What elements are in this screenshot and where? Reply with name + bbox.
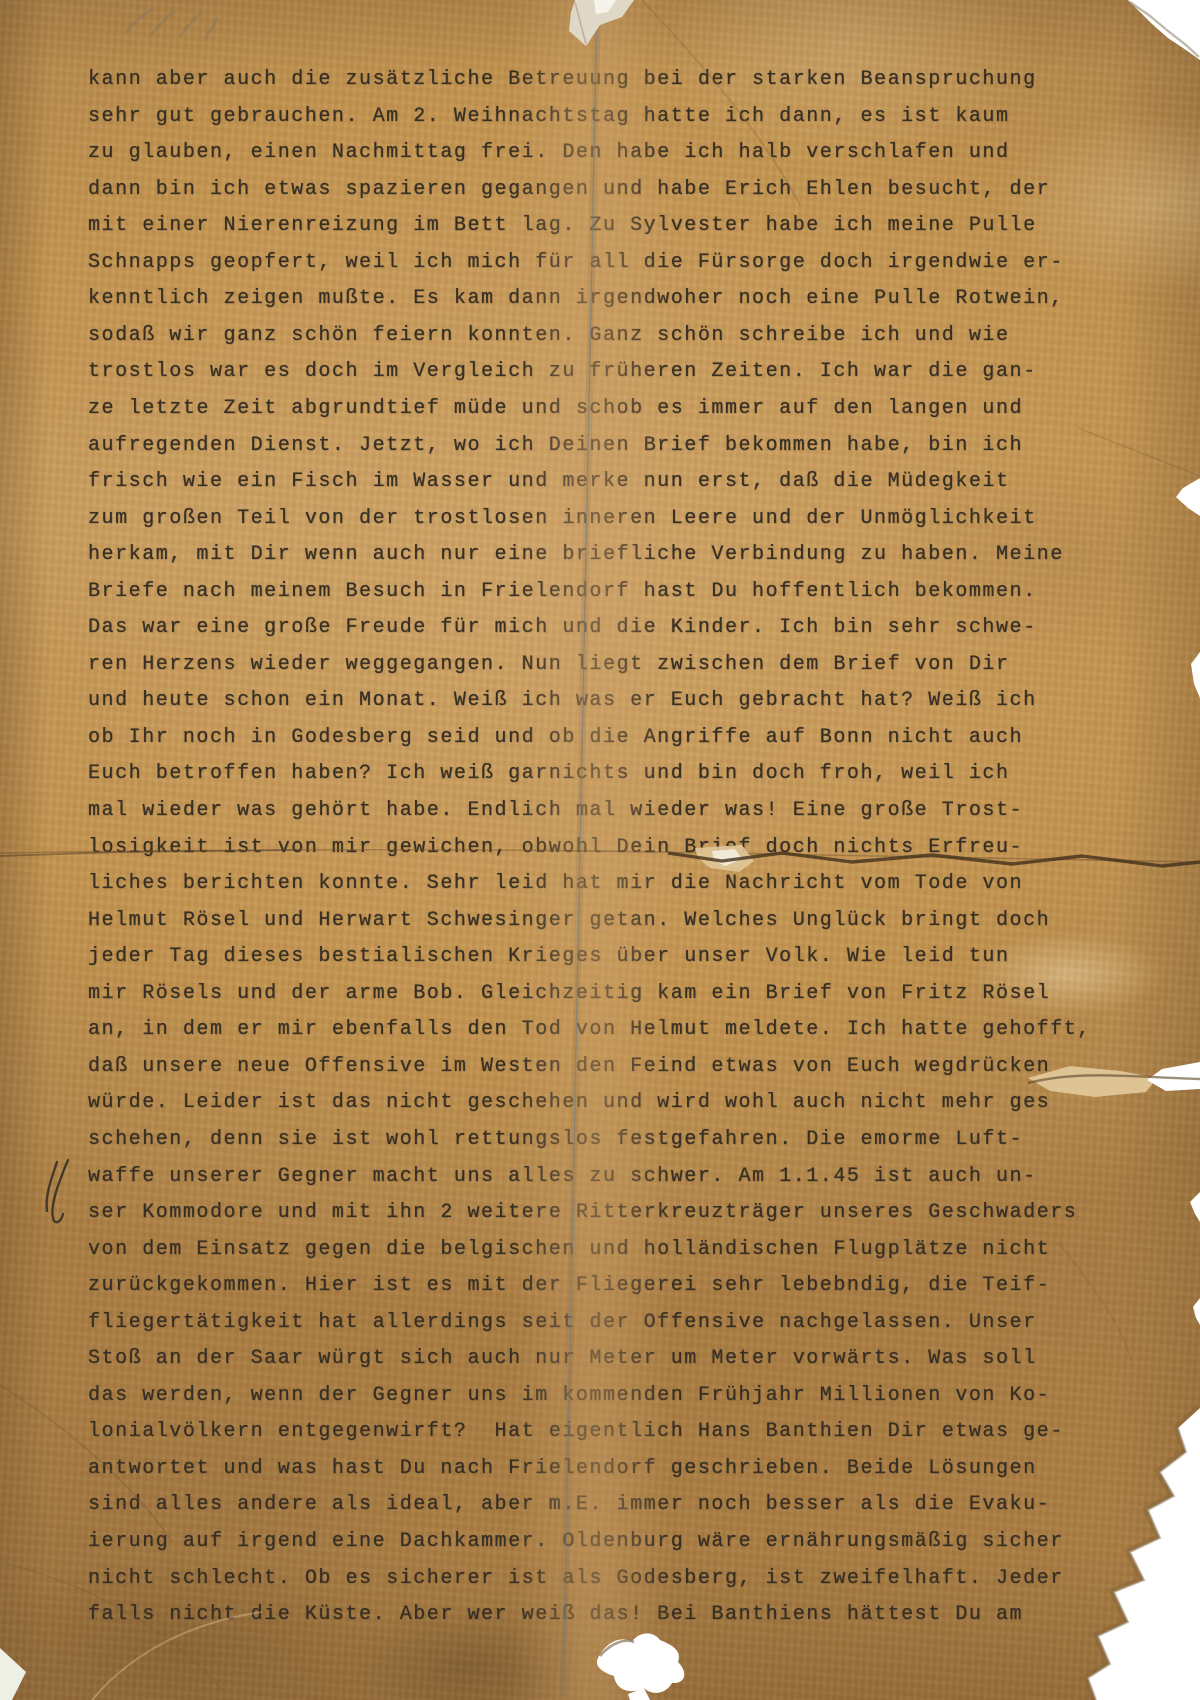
- paper-hole: [597, 1633, 684, 1693]
- torn-edge-right: [1176, 478, 1200, 516]
- tear-flap: [1028, 1066, 1157, 1097]
- torn-edge-right: [1191, 652, 1200, 698]
- torn-edge-right: [1190, 1192, 1200, 1222]
- torn-corner-bottom-left: [0, 1648, 26, 1700]
- crease-line: [1078, 428, 1200, 476]
- pencil-ghost-mark: [126, 10, 217, 38]
- scanned-letter: kann aber auch die zusätzliche Betreuung…: [0, 0, 1200, 1700]
- paper-damage-overlay: [0, 0, 1200, 1700]
- crease-line: [1058, 1242, 1132, 1362]
- crease-line: [0, 1385, 172, 1542]
- crease-line: [0, 1562, 222, 1690]
- margin-mark: [47, 1160, 68, 1222]
- crease-highlight: [92, 1612, 262, 1700]
- torn-edge-right: [1193, 1298, 1200, 1325]
- crease-line: [642, 0, 800, 205]
